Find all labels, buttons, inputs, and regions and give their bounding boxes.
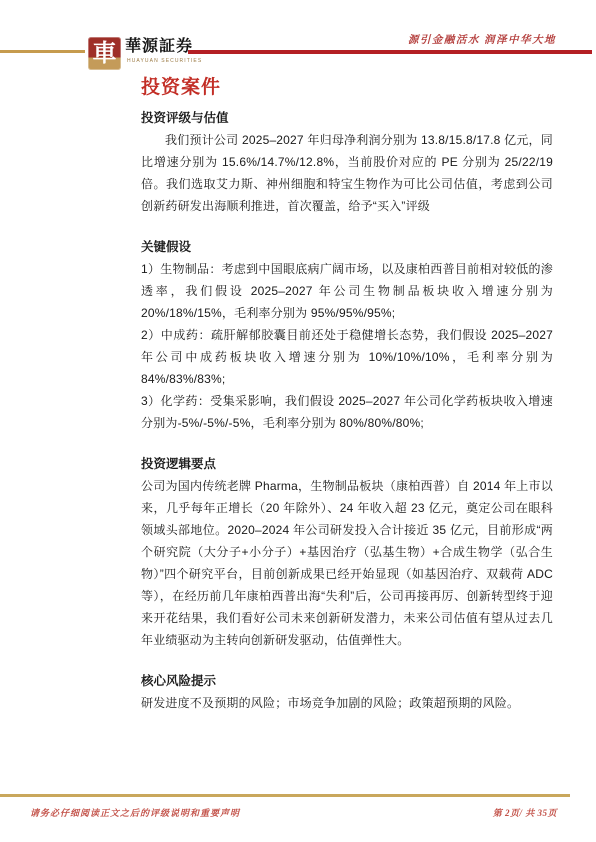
section-heading-logic: 投资逻辑要点: [141, 453, 553, 475]
huayuan-seal-icon: 車: [88, 37, 121, 70]
section-heading-assumptions: 关键假设: [141, 236, 553, 258]
risk-paragraph: 研发进度不及预期的风险；市场竞争加剧的风险；政策超预期的风险。: [141, 692, 553, 714]
section-heading-rating: 投资评级与估值: [141, 107, 553, 129]
logo-name-en: HUAYUAN SECURITIES: [125, 58, 202, 64]
logic-paragraph: 公司为国内传统老牌 Pharma，生物制品板块（康柏西普）自 2014 年上市以…: [141, 475, 553, 651]
section-core-risks: 核心风险提示 研发进度不及预期的风险；市场竞争加剧的风险；政策超预期的风险。: [141, 670, 553, 714]
assumption-item-biologics: 1）生物制品：考虑到中国眼底病广阔市场，以及康柏西普目前相对较低的渗透率，我们假…: [141, 258, 553, 324]
page-title: 投资案件: [141, 76, 553, 100]
assumption-item-chemical: 3）化学药：受集采影响，我们假设 2025–2027 年公司化学药板块收入增速分…: [141, 390, 553, 434]
huayuan-logo: 車 華源証券 HUAYUAN SECURITIES: [88, 37, 202, 70]
section-key-assumptions: 关键假设 1）生物制品：考虑到中国眼底病广阔市场，以及康柏西普目前相对较低的渗透…: [141, 236, 553, 434]
footer-disclaimer: 请务必仔细阅读正文之后的评级说明和重要声明: [30, 806, 240, 819]
header-red-rule: [188, 50, 592, 54]
seal-glyph: 車: [93, 42, 117, 66]
report-page: 車 華源証券 HUAYUAN SECURITIES 源引金融活水 润泽中华大地 …: [0, 0, 596, 842]
report-body: 投资案件 投资评级与估值 我们预计公司 2025–2027 年归母净利润分别为 …: [141, 76, 553, 714]
section-rating-valuation: 投资评级与估值 我们预计公司 2025–2027 年归母净利润分别为 13.8/…: [141, 107, 553, 217]
section-investment-logic: 投资逻辑要点 公司为国内传统老牌 Pharma，生物制品板块（康柏西普）自 20…: [141, 453, 553, 651]
rating-paragraph: 我们预计公司 2025–2027 年归母净利润分别为 13.8/15.8/17.…: [141, 129, 553, 217]
section-heading-risks: 核心风险提示: [141, 670, 553, 692]
header-gold-rule: [0, 50, 85, 53]
footer-page-indicator: 第 2页/ 共 35页: [493, 806, 557, 819]
assumption-item-tcm: 2）中成药：疏肝解郁胶囊目前还处于稳健增长态势，我们假设 2025–2027 年…: [141, 324, 553, 390]
footer-gold-rule: [0, 794, 570, 797]
header-slogan: 源引金融活水 润泽中华大地: [408, 32, 556, 47]
